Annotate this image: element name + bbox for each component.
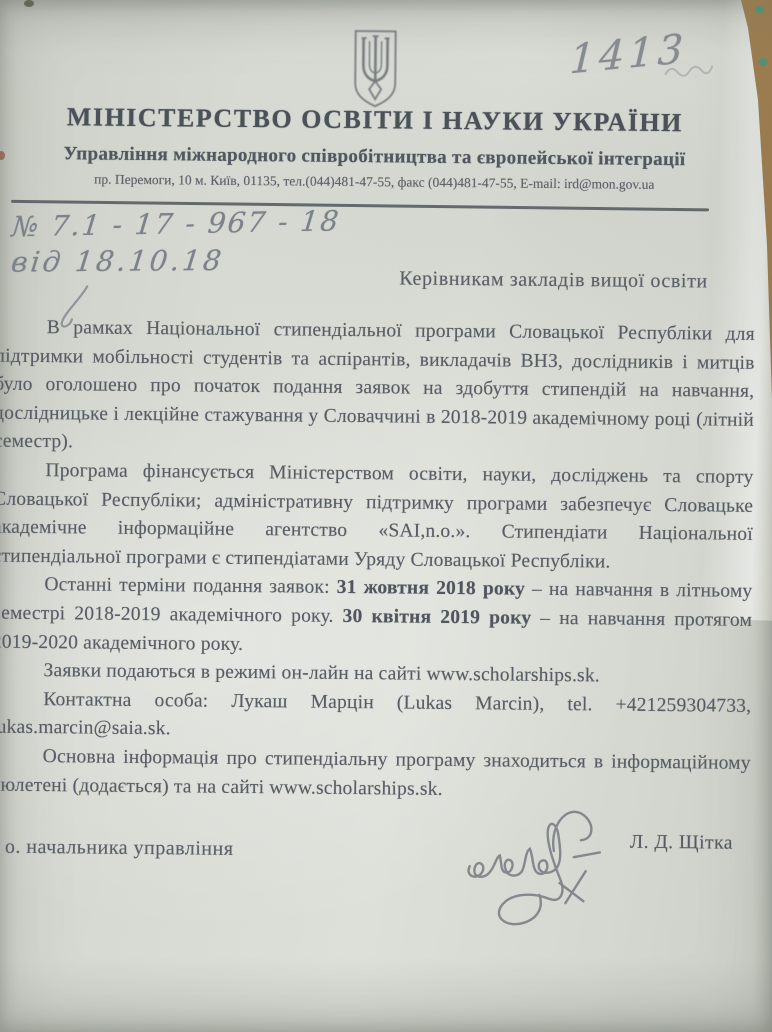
deadline-date-1: 31 жовтня 2018 року xyxy=(337,577,526,600)
paragraph-more-info: Основна інформація про стипендіальну про… xyxy=(0,742,751,806)
letterhead-contacts: пр. Перемоги, 10 м. Київ, 01135, тел.(04… xyxy=(0,171,750,194)
paragraph-deadlines: Останні терміни подання заявок: 31 жовтн… xyxy=(0,571,752,664)
deadlines-lead: Останні терміни подання заявок: xyxy=(44,574,337,598)
letter-body: В рамках Національної стипендіальної про… xyxy=(0,314,755,807)
signatory-name: Л. Д. Щітка xyxy=(630,832,733,855)
ukraine-trident-emblem-icon xyxy=(351,29,400,109)
department-subtitle: Управління міжнародного співробітництва … xyxy=(0,143,751,172)
handwritten-squiggle xyxy=(663,60,716,80)
ministry-title: МІНІСТЕРСТВО ОСВІТИ І НАУКИ УКРАЇНИ xyxy=(0,102,751,139)
document-photo: 1413 МІНІСТЕРСТВО ОСВІТИ І НАУКИ УКРАЇНИ… xyxy=(0,0,772,1032)
signatory-role: . о. начальника управління xyxy=(0,836,234,861)
paragraph-program-announcement: В рамках Національної стипендіальної про… xyxy=(0,314,755,464)
paragraph-contact-person: Контактна особа: Лукаш Марцін (Lukas Mar… xyxy=(0,685,751,749)
deadline-date-2: 30 квітня 2019 року xyxy=(343,606,532,629)
handwritten-ref-date: від 18.10.18 xyxy=(10,244,226,279)
handwritten-ref-number: № 7.1 - 17 - 967 - 18 xyxy=(10,204,342,243)
addressee-line: Керівникам закладів вищої освіти xyxy=(399,267,739,293)
paragraph-program-funding: Програма фінансується Міністерством осві… xyxy=(0,457,754,579)
handwritten-signature xyxy=(453,780,631,942)
letter-content: 1413 МІНІСТЕРСТВО ОСВІТИ І НАУКИ УКРАЇНИ… xyxy=(0,0,772,1032)
